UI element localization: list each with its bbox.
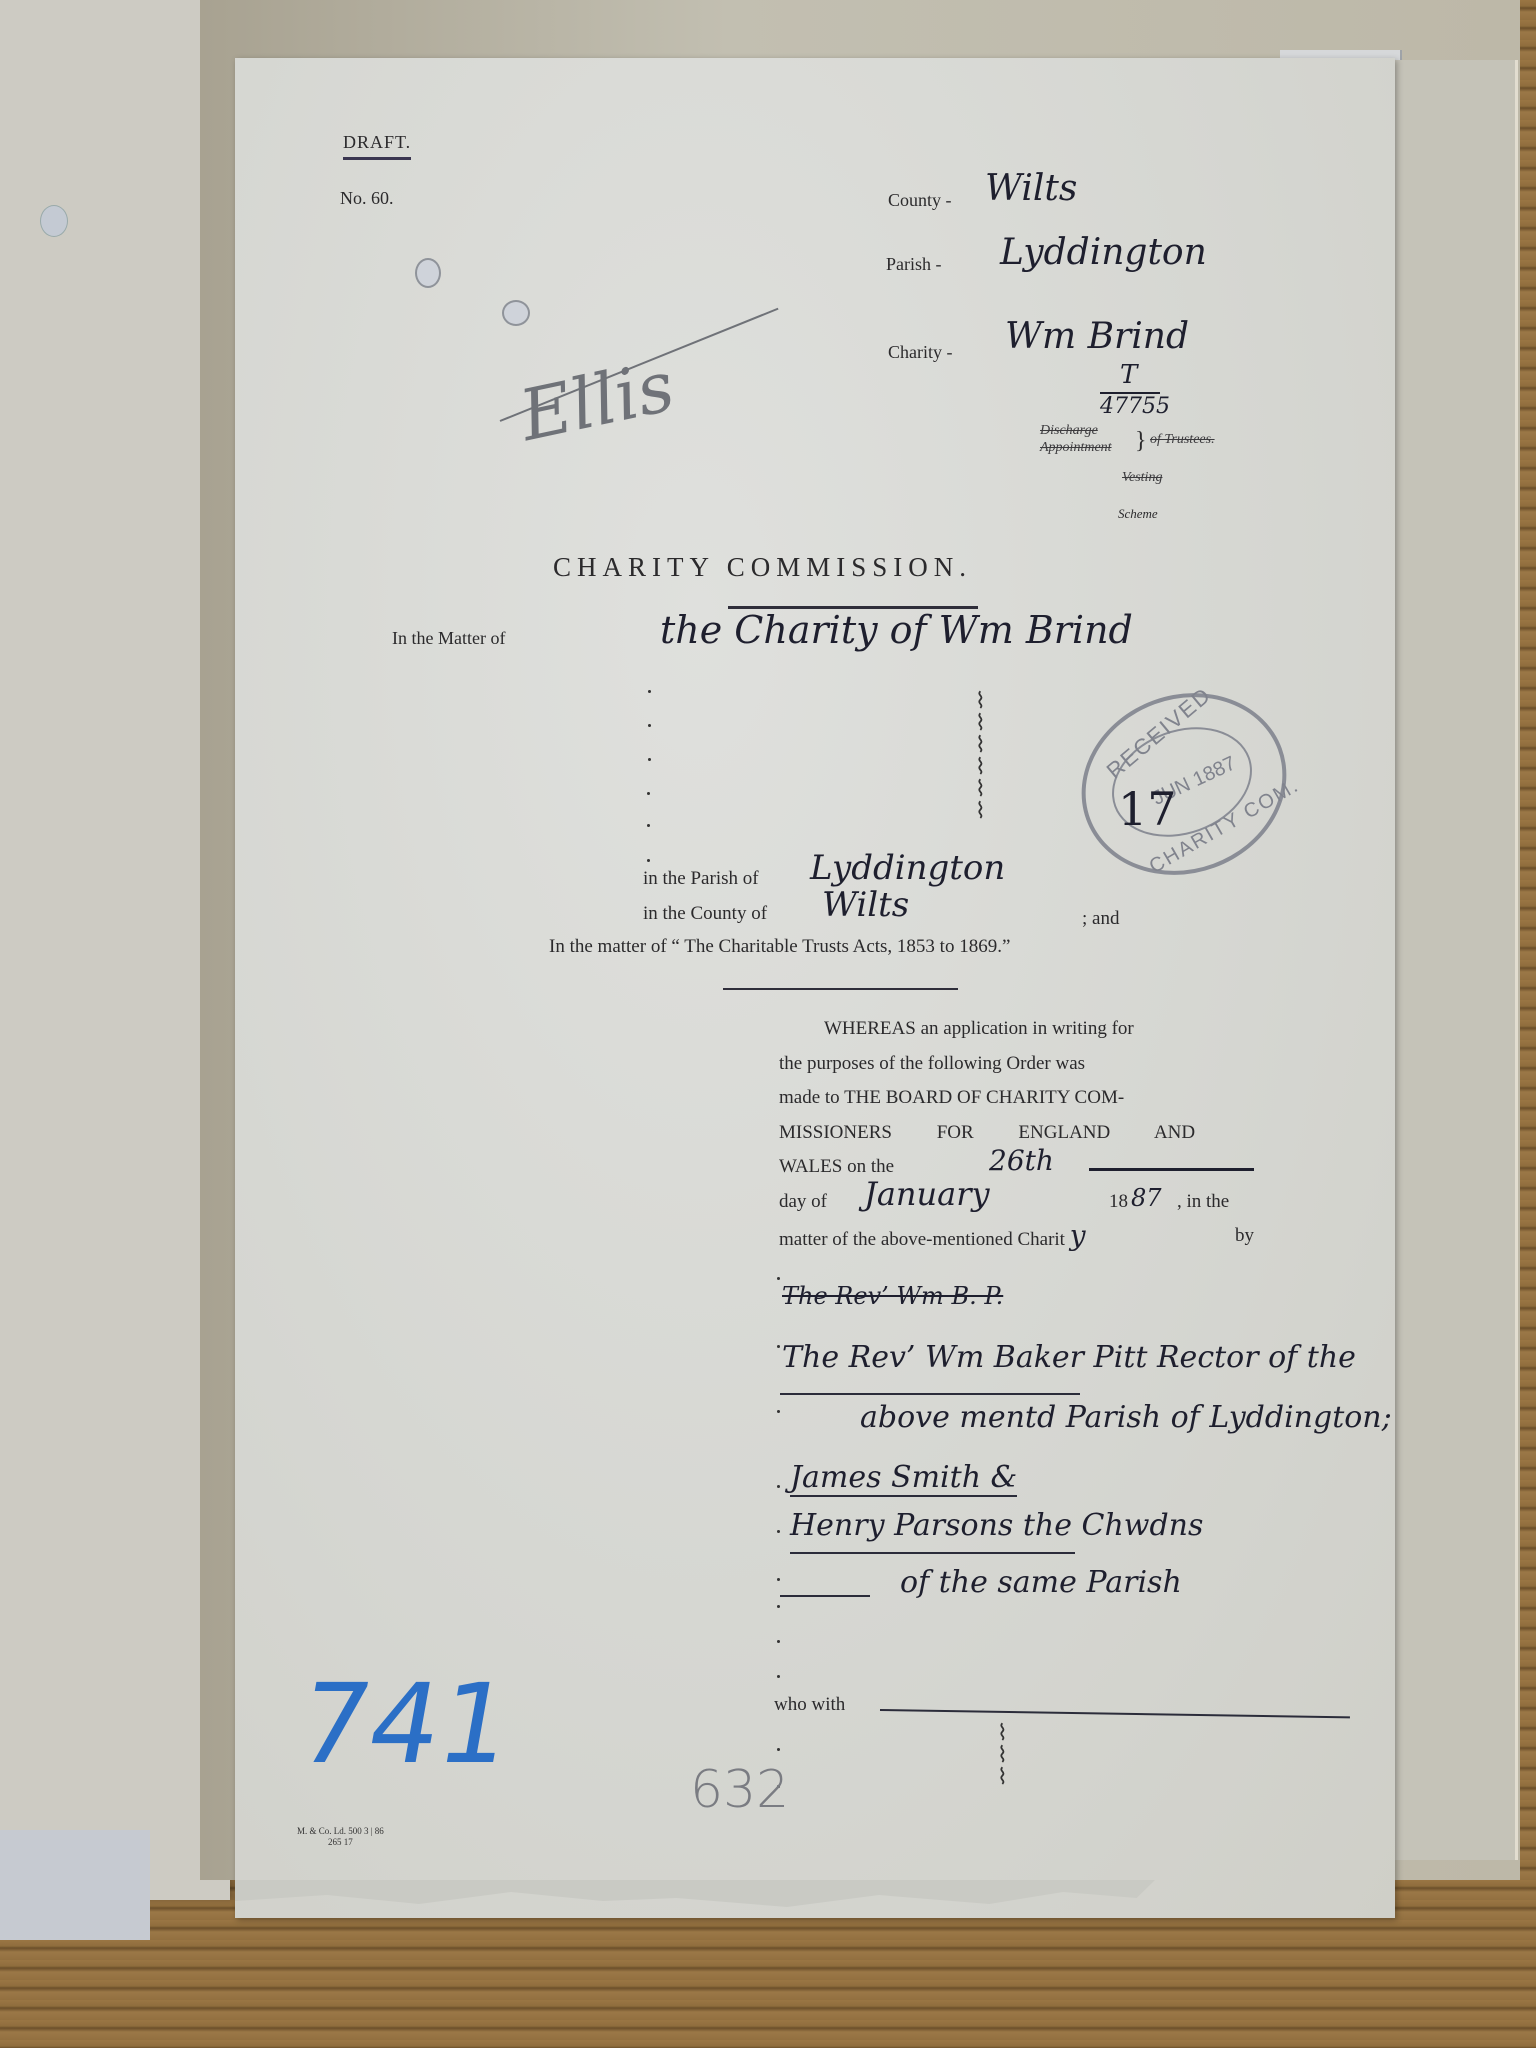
brace: } bbox=[1135, 428, 1147, 455]
county-of-label: in the County of bbox=[643, 903, 767, 925]
whereas-line: made to THE BOARD OF CHARITY COM- bbox=[779, 1081, 1254, 1116]
dot-leader bbox=[777, 1345, 780, 1348]
filler-line bbox=[780, 1595, 870, 1597]
reference-number: 47755 bbox=[1100, 394, 1170, 419]
county-of-value: Wilts bbox=[822, 885, 909, 925]
blue-crayon-number: 741 bbox=[289, 1660, 522, 1788]
whereas-line: WHEREAS an application in writing for bbox=[779, 1012, 1254, 1047]
option-appointment: Appointment bbox=[1040, 440, 1112, 456]
dot-leader bbox=[777, 1530, 780, 1533]
dot-leader bbox=[777, 1410, 780, 1413]
handwritten-brace: ⌇⌇⌇ bbox=[997, 1722, 1008, 1788]
punch-hole bbox=[415, 258, 441, 288]
option-discharge: Discharge bbox=[1040, 423, 1098, 439]
day-value: 26th bbox=[989, 1144, 1054, 1179]
handwritten-brace: ⌇⌇⌇⌇⌇⌇ bbox=[975, 690, 986, 822]
charity-label: Charity - bbox=[888, 342, 953, 363]
applicant-line-3: James Smith & bbox=[790, 1460, 1017, 1497]
dot-leader bbox=[777, 1640, 780, 1643]
punch-hole bbox=[40, 205, 68, 237]
left-paper-stack bbox=[0, 0, 230, 1900]
section-rule bbox=[723, 988, 958, 990]
parish-of-value: Lyddington bbox=[810, 848, 1005, 888]
printer-line-1: M. & Co. Ld. 500 3 | 86 bbox=[297, 1826, 384, 1837]
month-value: January bbox=[864, 1177, 990, 1212]
matter-value: the Charity of Wm Brind bbox=[660, 608, 1133, 652]
option-scheme: Scheme bbox=[1118, 506, 1158, 522]
day-filler-line bbox=[1089, 1168, 1254, 1171]
struck-applicant: The Rev’ Wm B. P. bbox=[782, 1282, 1003, 1310]
whereas-charity-line: matter of the above-mentioned Charit y b… bbox=[779, 1219, 1254, 1258]
year-hand: 87 bbox=[1131, 1181, 1162, 1216]
pencil-number: 632 bbox=[690, 1760, 789, 1820]
county-label: County - bbox=[888, 190, 952, 211]
folder-edge bbox=[1390, 60, 1518, 1860]
option-of-trustees: of Trustees. bbox=[1150, 432, 1215, 448]
dot-leader bbox=[647, 792, 650, 795]
dot-leader bbox=[647, 824, 650, 827]
dot-leader bbox=[648, 724, 651, 727]
option-vesting: Vesting bbox=[1122, 470, 1162, 486]
page-title: CHARITY COMMISSION. bbox=[553, 552, 972, 583]
dot-leader bbox=[777, 1748, 780, 1751]
printer-imprint: M. & Co. Ld. 500 3 | 86 265 17 bbox=[297, 1826, 384, 1848]
matter-above-label: matter of the above-mentioned Charit bbox=[779, 1229, 1065, 1250]
parish-value: Lyddington bbox=[1000, 232, 1207, 273]
dot-leader bbox=[777, 1675, 780, 1678]
applicant-line-1: The Rev’ Wm Baker Pitt Rector of the bbox=[782, 1340, 1356, 1375]
document-number: No. 60. bbox=[340, 188, 394, 209]
draft-label: DRAFT. bbox=[343, 132, 411, 160]
parish-label: Parish - bbox=[886, 254, 942, 275]
reference-top: T bbox=[1120, 360, 1137, 390]
whereas-date-line: WALES on the 26th bbox=[779, 1150, 1254, 1185]
parish-of-label: in the Parish of bbox=[643, 868, 759, 890]
matter-label: In the Matter of bbox=[392, 628, 505, 649]
applicant-line-5: of the same Parish bbox=[900, 1565, 1182, 1600]
in-the-label: , in the bbox=[1177, 1185, 1229, 1220]
paper-corner bbox=[0, 1830, 150, 1940]
whereas-line: the purposes of the following Order was bbox=[779, 1047, 1254, 1082]
whereas-paragraph: WHEREAS an application in writing for th… bbox=[779, 1012, 1254, 1258]
applicant-underline bbox=[780, 1393, 1080, 1395]
wales-on-the-label: WALES on the bbox=[779, 1156, 894, 1177]
applicant-line-2: above mentd Parish of Lyddington; bbox=[860, 1400, 1392, 1435]
dot-leader bbox=[777, 1277, 780, 1280]
dot-leader bbox=[777, 1485, 780, 1488]
dot-leader bbox=[648, 758, 651, 761]
punch-hole bbox=[502, 300, 530, 326]
year-printed: 18 bbox=[1109, 1185, 1128, 1220]
and-label: ; and bbox=[1082, 908, 1119, 930]
acts-line: In the matter of “ The Charitable Trusts… bbox=[549, 936, 1010, 958]
by-label: by bbox=[1235, 1219, 1254, 1254]
county-value: Wilts bbox=[985, 168, 1077, 209]
applicant-underline bbox=[790, 1552, 1075, 1554]
whereas-month-line: day of January 18 87 , in the bbox=[779, 1185, 1254, 1220]
dot-leader bbox=[648, 690, 651, 693]
dot-leader bbox=[777, 1578, 780, 1581]
charity-suffix: y bbox=[1070, 1219, 1086, 1252]
charity-value: Wm Brind bbox=[1005, 316, 1189, 357]
applicant-line-4: Henry Parsons the Chwdns bbox=[790, 1508, 1203, 1543]
dot-leader bbox=[647, 859, 650, 862]
printer-line-2: 265 17 bbox=[297, 1837, 384, 1848]
day-of-label: day of bbox=[779, 1191, 827, 1212]
dot-leader bbox=[777, 1605, 780, 1608]
who-with-label: who with bbox=[774, 1694, 845, 1716]
stamp-day: 17 bbox=[1118, 782, 1177, 836]
